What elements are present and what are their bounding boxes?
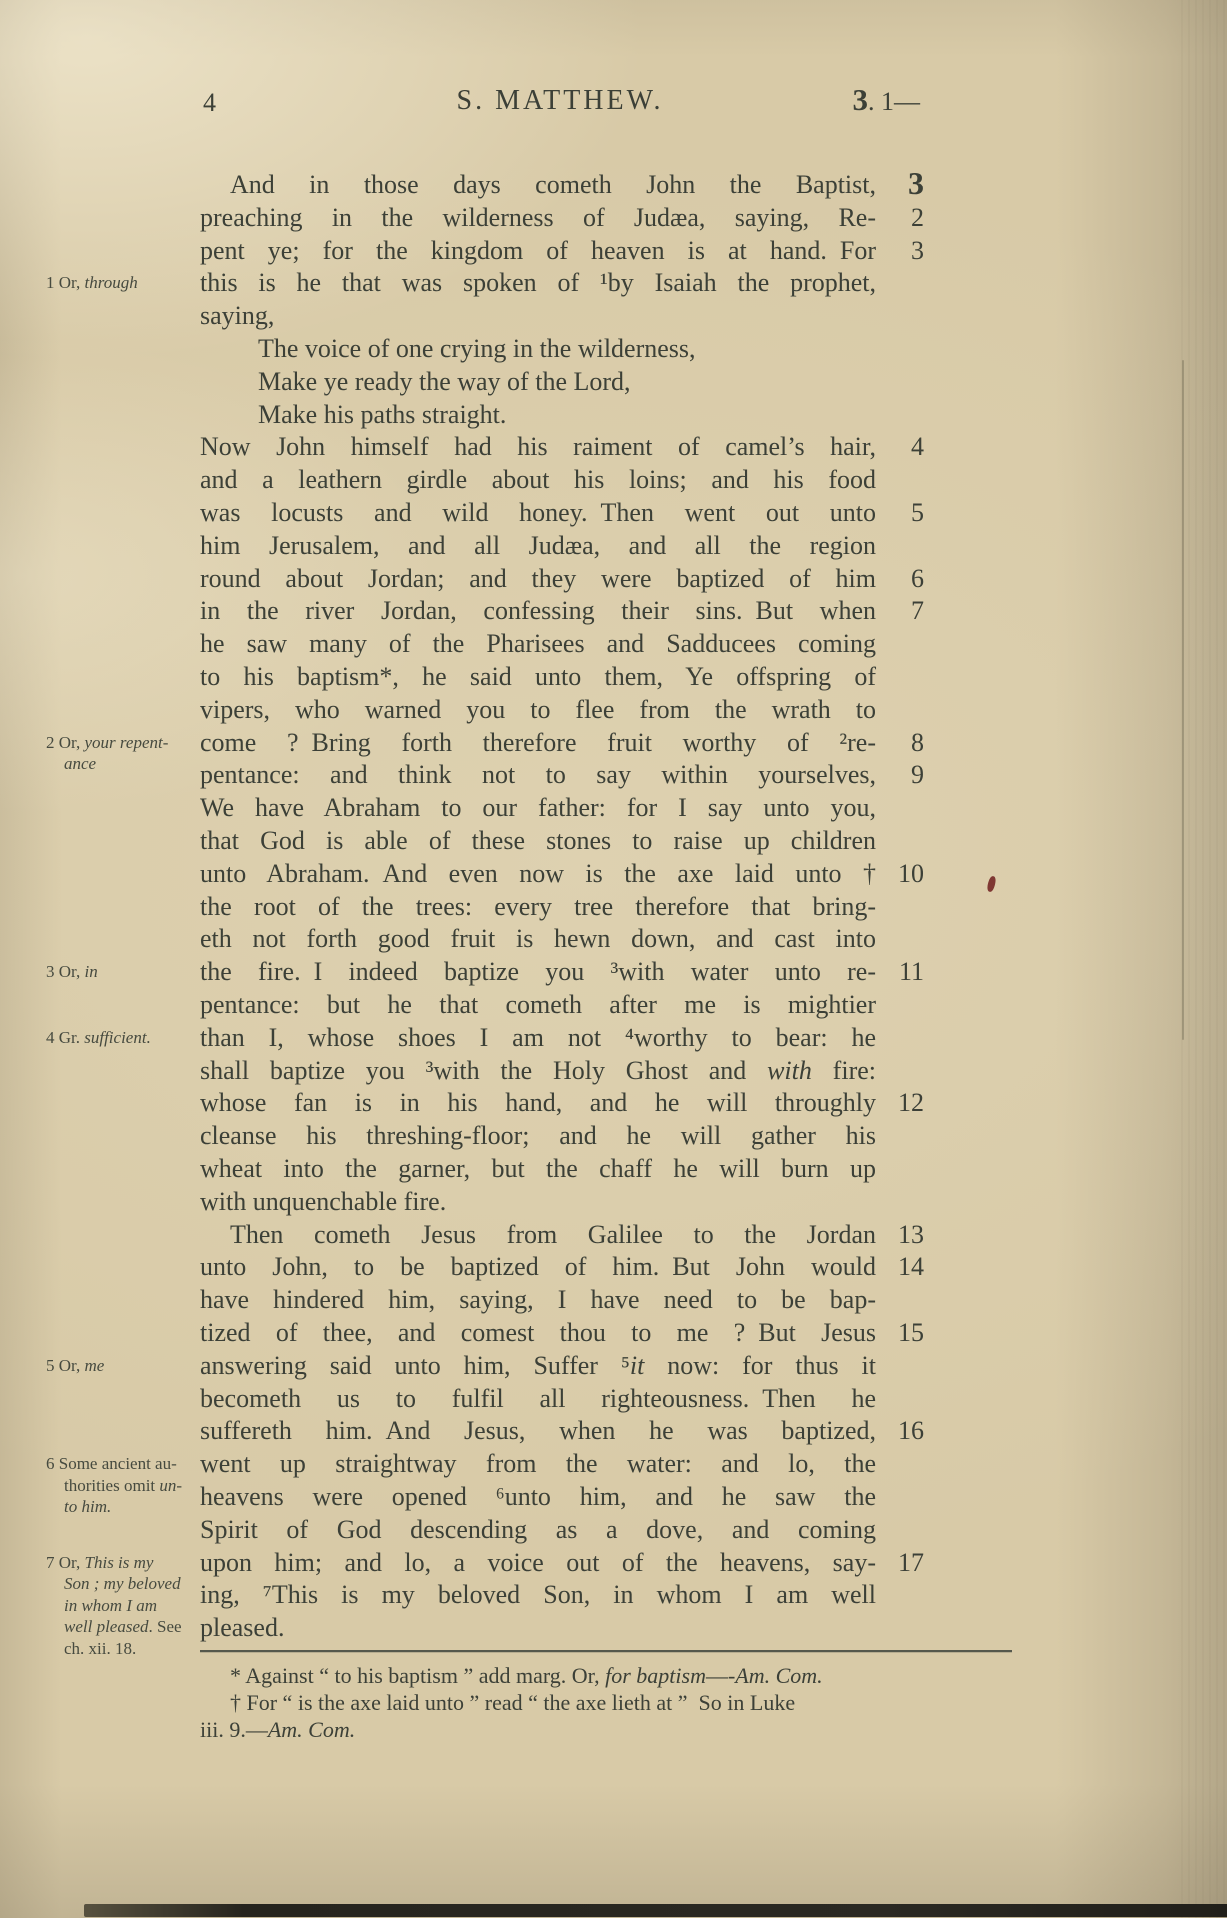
text-line: in the river Jordan, confessing their si… bbox=[200, 594, 924, 627]
verse-number: 8 bbox=[876, 726, 924, 759]
text-line: becometh us to fulfil all righteousness.… bbox=[200, 1382, 924, 1415]
verse-number: 10 bbox=[876, 857, 924, 890]
chapter-number-inline: 3 bbox=[876, 168, 924, 199]
text-line: cleanse his threshing-floor; and he will… bbox=[200, 1119, 924, 1152]
verse-number: 14 bbox=[876, 1250, 924, 1283]
verse-number: 4 bbox=[876, 430, 924, 463]
text-line: heavens were opened ⁶unto him, and he sa… bbox=[200, 1480, 924, 1513]
text-line: The voice of one crying in the wildernes… bbox=[200, 332, 924, 365]
text-line: And in those days cometh John the Baptis… bbox=[200, 168, 924, 201]
verse-number: 2 bbox=[876, 201, 924, 234]
text-line: We have Abraham to our father: for I say… bbox=[200, 791, 924, 824]
footnote-line: iii. 9.—Am. Com. bbox=[200, 1716, 1020, 1743]
footnote-line: * Against “ to his baptism ” add marg. O… bbox=[200, 1662, 1020, 1689]
text-line: Then cometh Jesus from Galilee to the Jo… bbox=[200, 1218, 924, 1251]
verse-number: 5 bbox=[876, 496, 924, 529]
scan-edge-shadow bbox=[84, 1904, 1227, 1917]
text-line: unto John, to be baptized of him. But Jo… bbox=[200, 1250, 924, 1283]
verse-number: 6 bbox=[876, 562, 924, 595]
text-line: went up straightway from the water: and … bbox=[200, 1447, 924, 1480]
text-line: shall baptize you ³with the Holy Ghost a… bbox=[200, 1054, 924, 1087]
text-line: to his baptism*, he said unto them, Ye o… bbox=[200, 660, 924, 693]
text-line: the root of the trees: every tree theref… bbox=[200, 890, 924, 923]
text-line: preaching in the wilderness of Judæa, sa… bbox=[200, 201, 924, 234]
red-ink-mark bbox=[986, 875, 997, 892]
text-line: wheat into the garner, but the chaff he … bbox=[200, 1152, 924, 1185]
verse-number: 7 bbox=[876, 594, 924, 627]
text-line: suffereth him. And Jesus, when he was ba… bbox=[200, 1414, 924, 1447]
text-line: answering said unto him, Suffer ⁵it now:… bbox=[200, 1349, 924, 1382]
verse-number: 11 bbox=[876, 955, 924, 988]
text-line: than I, whose shoes I am not ⁴worthy to … bbox=[200, 1021, 924, 1054]
text-line: pent ye; for the kingdom of heaven is at… bbox=[200, 234, 924, 267]
text-line: that God is able of these stones to rais… bbox=[200, 824, 924, 857]
footnotes: * Against “ to his baptism ” add marg. O… bbox=[200, 1662, 1020, 1743]
verse-number: 3 bbox=[876, 234, 924, 267]
book-page: 4 S. MATTHEW. 3. 1— 1 Or, through2 Or, y… bbox=[0, 0, 1227, 1918]
text-line: pentance: but he that cometh after me is… bbox=[200, 988, 924, 1021]
text-line: vipers, who warned you to flee from the … bbox=[200, 693, 924, 726]
text-line: this is he that was spoken of ¹by Isaiah… bbox=[200, 266, 924, 299]
verse-number: 17 bbox=[876, 1546, 924, 1579]
verse-ref: . 1— bbox=[868, 87, 920, 116]
text-line: upon him; and lo, a voice out of the hea… bbox=[200, 1546, 924, 1579]
verse-number: 9 bbox=[876, 758, 924, 791]
text-line: whose fan is in his hand, and he will th… bbox=[200, 1086, 924, 1119]
text-line: and a leathern girdle about his loins; a… bbox=[200, 463, 924, 496]
text-line: eth not forth good fruit is hewn down, a… bbox=[200, 922, 924, 955]
text-line: come ? Bring forth therefore fruit worth… bbox=[200, 726, 924, 759]
text-line: him Jerusalem, and all Judæa, and all th… bbox=[200, 529, 924, 562]
verse-number: 16 bbox=[876, 1414, 924, 1447]
text-line: pleased. bbox=[200, 1611, 924, 1644]
text-line: have hindered him, saying, I have need t… bbox=[200, 1283, 924, 1316]
text-line: Make ye ready the way of the Lord, bbox=[200, 365, 924, 398]
text-line: Now John himself had his raiment of came… bbox=[200, 430, 924, 463]
text-line: unto Abraham. And even now is the axe la… bbox=[200, 857, 924, 890]
text-line: Make his paths straight. bbox=[200, 398, 924, 431]
text-line: Spirit of God descending as a dove, and … bbox=[200, 1513, 924, 1546]
footnote-divider bbox=[200, 1650, 1012, 1652]
footnote-line: † For “ is the axe laid unto ” read “ th… bbox=[200, 1689, 1020, 1716]
page-fold-line bbox=[1182, 360, 1184, 1040]
verse-number: 12 bbox=[876, 1086, 924, 1119]
text-line: saying, bbox=[200, 299, 924, 332]
verse-number: 13 bbox=[876, 1218, 924, 1251]
text-line: was locusts and wild honey. Then went ou… bbox=[200, 496, 924, 529]
text-line: pentance: and think not to say within yo… bbox=[200, 758, 924, 791]
chapter-verse-ref: 3. 1— bbox=[790, 82, 920, 124]
text-line: he saw many of the Pharisees and Sadduce… bbox=[200, 627, 924, 660]
page-edge-streaks bbox=[1181, 0, 1227, 1918]
text-line: tized of thee, and comest thou to me ? B… bbox=[200, 1316, 924, 1349]
verse-number: 15 bbox=[876, 1316, 924, 1349]
text-line: with unquenchable fire. bbox=[200, 1185, 924, 1218]
text-line: the fire. I indeed baptize you ³with wat… bbox=[200, 955, 924, 988]
text-line: ing, ⁷This is my beloved Son, in whom I … bbox=[200, 1578, 924, 1611]
text-line: round about Jordan; and they were baptiz… bbox=[200, 562, 924, 595]
chapter-number: 3 bbox=[853, 82, 869, 117]
